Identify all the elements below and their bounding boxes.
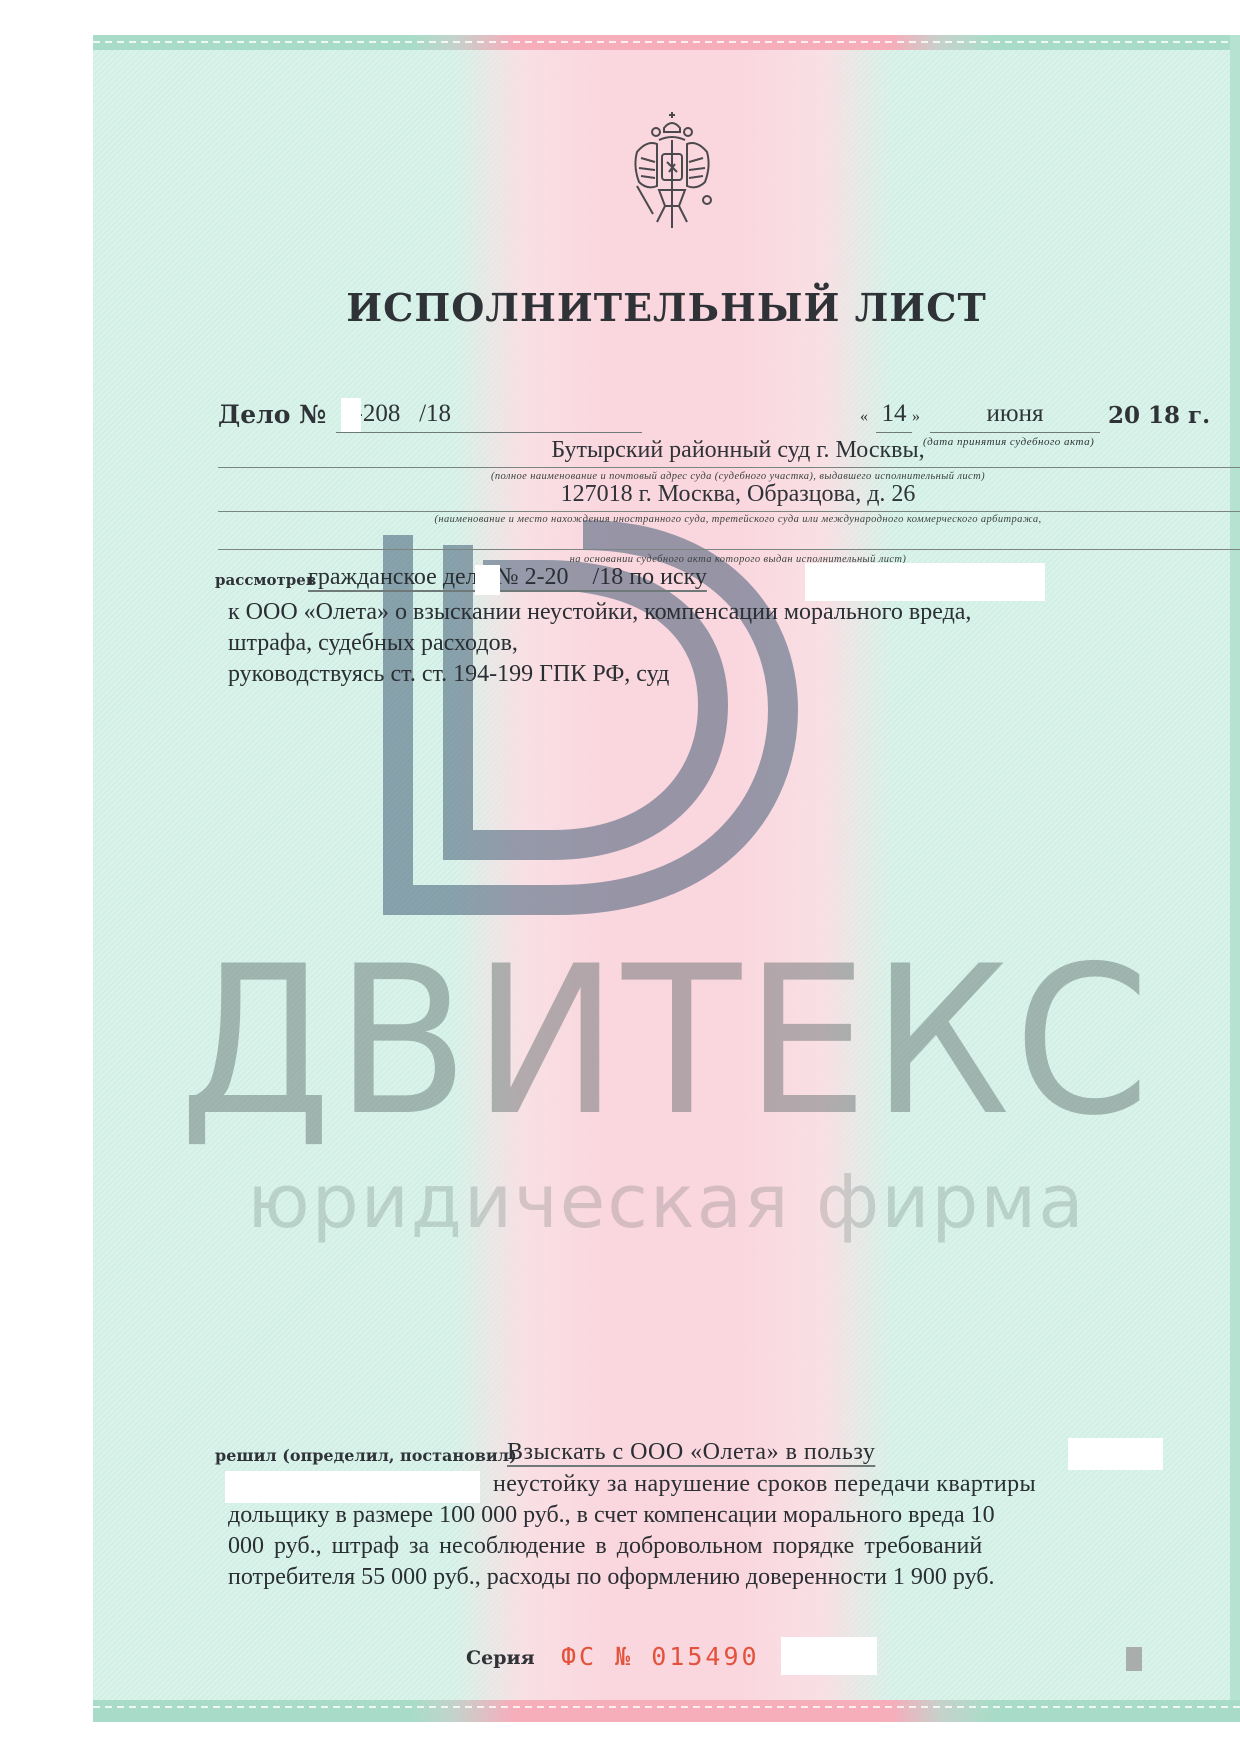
date-year: 20 18 г. (1108, 402, 1210, 429)
decided-label: решил (определил, постановил) (215, 1446, 517, 1465)
court-address: 127018 г. Москва, Образцова, д. 26 (218, 481, 1240, 512)
watermark-brand: ДВИТЕКС (122, 940, 1212, 1145)
considered-label: рассмотрев (215, 571, 316, 589)
series-label: Серия (466, 1647, 535, 1669)
date-day: 14 (876, 400, 912, 433)
considered-line-2: к ООО «Олета» о взыскании неустойки, ком… (228, 597, 971, 628)
court-name: Бутырский районный суд г. Москвы, (218, 437, 1240, 468)
decided-line-5: потребителя 55 000 руб., расходы по офор… (228, 1562, 995, 1593)
redaction-box (225, 1471, 480, 1503)
foreign-court-caption: (наименование и место нахождения иностра… (218, 514, 1240, 525)
watermark-subtitle: юридическая фирма (93, 1165, 1240, 1239)
top-border-band (93, 35, 1240, 50)
document-title: ИСПОЛНИТЕЛЬНЫЙ ЛИСТ (93, 285, 1240, 330)
redaction-box (1068, 1438, 1163, 1470)
date-open-quote: « (860, 408, 868, 426)
decided-line-4: 000 руб., штраф за несоблюдение в добров… (228, 1531, 982, 1562)
foreign-court-field (218, 531, 1240, 550)
russian-coat-of-arms-icon (629, 110, 715, 235)
redaction-box (341, 398, 361, 432)
decided-line-1: Взыскать с ООО «Олета» в пользу (507, 1437, 875, 1468)
case-date-row: Дело № 2-208 /18 « 14 » июня 20 18 г. (д… (218, 400, 1218, 440)
bottom-border-band (93, 1700, 1240, 1722)
considered-line-4: руководствуясь ст. ст. 194-199 ГПК РФ, с… (228, 659, 669, 690)
redaction-box (805, 563, 1045, 601)
decided-line-3: дольщику в размере 100 000 руб., в счет … (228, 1500, 995, 1531)
corner-mark (1126, 1647, 1142, 1671)
considered-line-3: штрафа, судебных расходов, (228, 628, 518, 659)
redaction-box (475, 565, 500, 595)
case-number: 2-208 /18 (336, 400, 642, 433)
redaction-box (781, 1637, 877, 1675)
writ-of-execution-sheet: ДВИТЕКС юридическая фирма ИСПОЛНИТЕЛЬНЫЙ… (93, 35, 1240, 1722)
date-month: июня (930, 400, 1100, 433)
decided-line-2: неустойку за нарушение сроков передачи к… (493, 1469, 1036, 1500)
series-number: ФС № 015490 (561, 1642, 760, 1671)
date-close-quote: » (912, 408, 920, 426)
case-label: Дело № (218, 400, 326, 429)
considered-line-1: гражданское дело № 2-20 /18 по иску (308, 562, 707, 593)
